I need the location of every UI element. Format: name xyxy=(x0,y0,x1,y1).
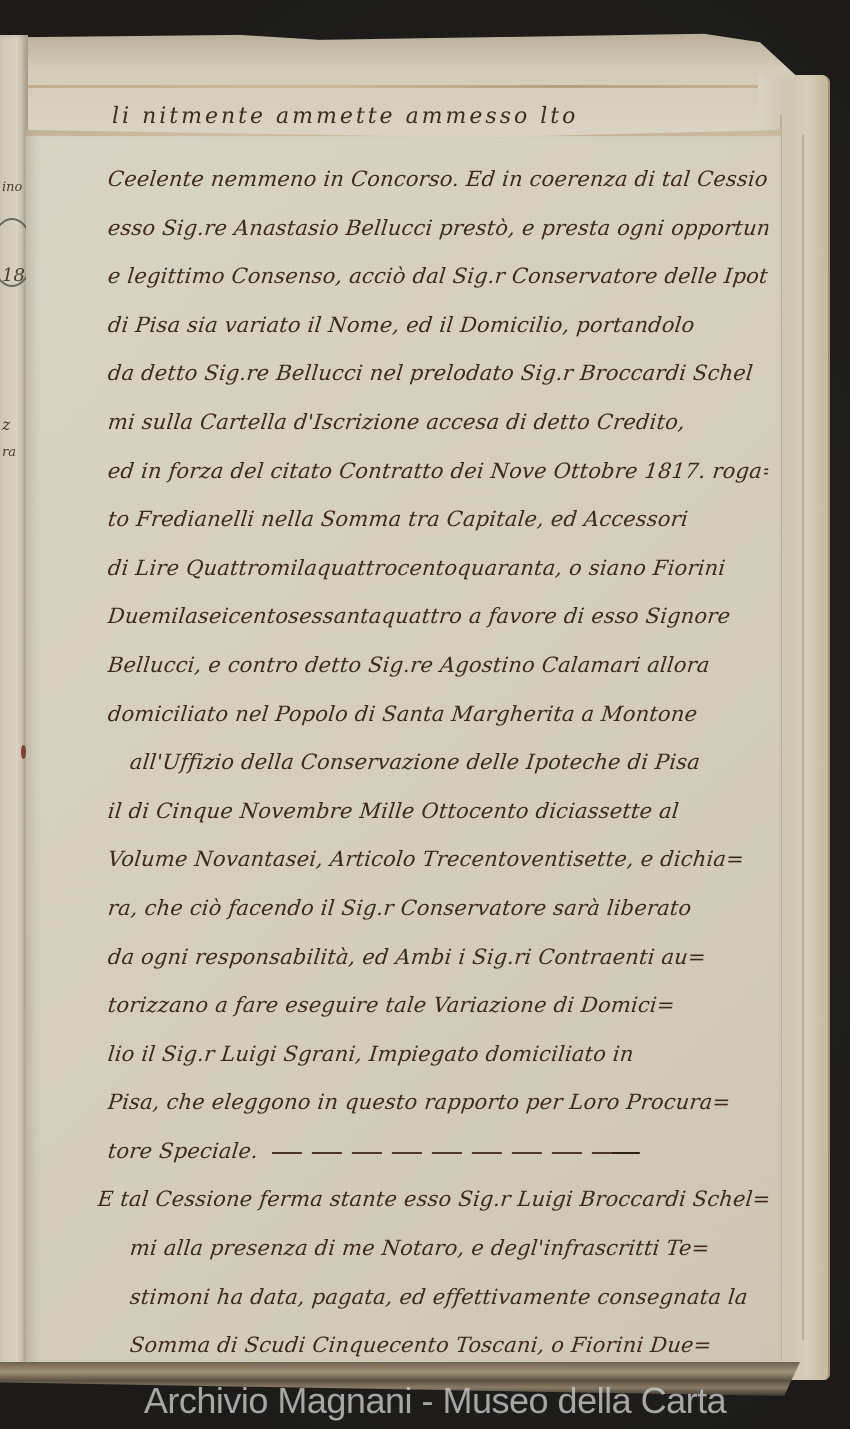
manuscript-line: ra, che ciò facendo il Sig.r Conservator… xyxy=(105,884,770,933)
margin-fragment: ra xyxy=(2,445,16,460)
manuscript-line: Duemilaseicentosessantaquattro a favore … xyxy=(105,592,770,641)
margin-fragment: ino xyxy=(2,180,22,195)
manuscript-line: mi alla presenza di me Notaro, e degl'in… xyxy=(105,1224,770,1273)
manuscript-line: Ceelente nemmeno in Concorso. Ed in coer… xyxy=(105,155,770,204)
manuscript-line: lio il Sig.r Luigi Sgrani, Impiegato dom… xyxy=(105,1030,770,1079)
line-filler-dash xyxy=(272,1151,640,1153)
manuscript-text: Ceelente nemmeno in Concorso. Ed in coer… xyxy=(108,155,768,1370)
manuscript-line: di Lire Quattromilaquattrocentoquaranta,… xyxy=(105,544,770,593)
manuscript-line: di Pisa sia variato il Nome, ed il Domic… xyxy=(105,301,770,350)
archive-watermark: Archivio Magnani - Museo della Carta xyxy=(0,1380,850,1422)
manuscript-line: e legittimo Consenso, acciò dal Sig.r Co… xyxy=(105,252,770,301)
manuscript-line: da ogni responsabilità, ed Ambi i Sig.ri… xyxy=(105,933,770,982)
document-scan: ino 18 z ra li nitmente ammette ammesso … xyxy=(0,0,850,1429)
manuscript-line: Pisa, che eleggono in questo rapporto pe… xyxy=(105,1078,770,1127)
manuscript-line: Volume Novantasei, Articolo Trecentovent… xyxy=(105,835,770,884)
manuscript-line-closing: tore Speciale. xyxy=(105,1127,770,1176)
previous-sheet-last-line: li nitmente ammette ammesso lto xyxy=(112,104,578,129)
manuscript-line: to Fredianelli nella Somma tra Capitale,… xyxy=(105,495,770,544)
manuscript-line: ed in forza del citato Contratto dei Nov… xyxy=(105,447,770,496)
manuscript-line: E tal Cessione ferma stante esso Sig.r L… xyxy=(95,1175,770,1224)
red-ink-mark xyxy=(21,745,26,759)
manuscript-line: da detto Sig.re Bellucci nel prelodato S… xyxy=(105,349,770,398)
manuscript-line: Bellucci, e contro detto Sig.re Agostino… xyxy=(105,641,770,690)
manuscript-line: domiciliato nel Popolo di Santa Margheri… xyxy=(105,690,770,739)
manuscript-line: stimoni ha data, pagata, ed effettivamen… xyxy=(105,1273,770,1322)
manuscript-line: il di Cinque Novembre Mille Ottocento di… xyxy=(105,787,770,836)
manuscript-line: all'Uffizio della Conservazione delle Ip… xyxy=(105,738,770,787)
closing-text: tore Speciale. xyxy=(107,1139,260,1163)
manuscript-line: esso Sig.re Anastasio Bellucci prestò, e… xyxy=(105,204,770,253)
manuscript-line: torizzano a fare eseguire tale Variazion… xyxy=(105,981,770,1030)
margin-fragment: z xyxy=(2,415,10,434)
manuscript-line: mi sulla Cartella d'Iscrizione accesa di… xyxy=(105,398,770,447)
